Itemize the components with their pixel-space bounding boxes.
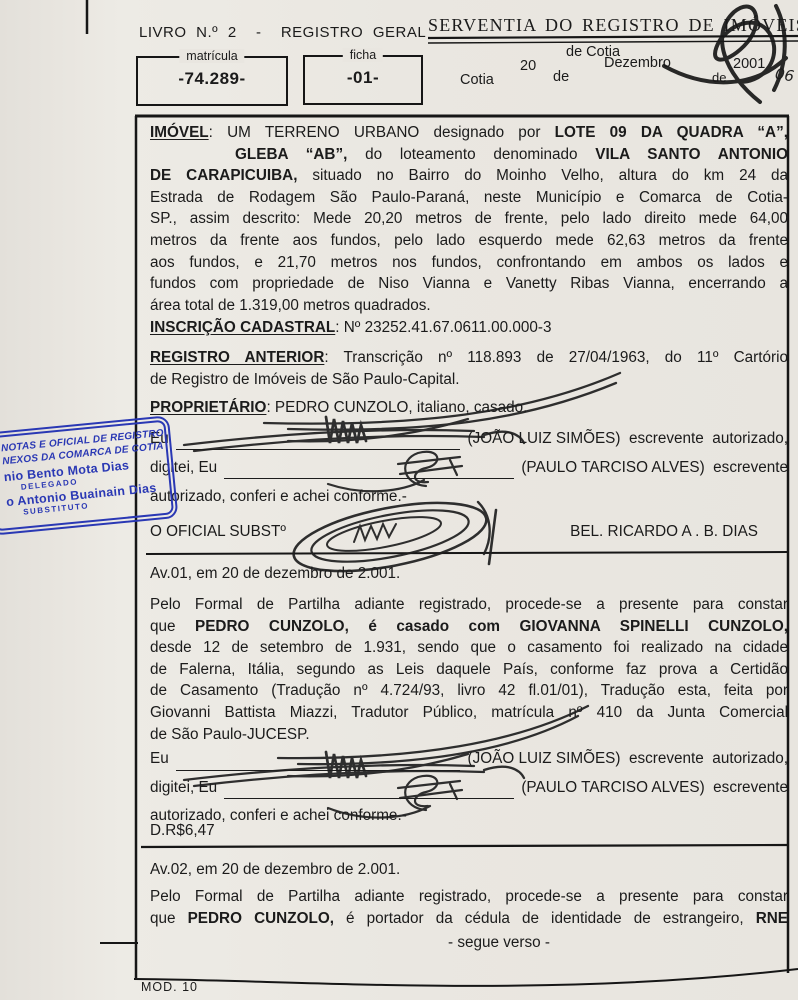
inscricao-cadastral-line: INSCRIÇÃO CADASTRAL: Nº 23252.41.67.0611…	[150, 317, 788, 339]
mod-label: MOD. 10	[141, 980, 198, 994]
clerk-declaration-2: Eu (JOÃO LUIZ SIMÕES) escrevente autoriz…	[150, 745, 788, 831]
segue-verso-label: - segue verso -	[150, 932, 798, 954]
date-month-value: Dezembro	[604, 55, 671, 71]
oficial-substituto-line: O OFICIAL SUBSTºBEL. RICARDO A . B. DIAS	[150, 521, 788, 543]
serventia-underline-2	[428, 41, 798, 43]
matricula-value: -74.289-	[138, 69, 286, 89]
matricula-label: matrícula	[179, 49, 244, 63]
serventia-underline	[428, 36, 798, 38]
date-de-label: de	[553, 69, 569, 85]
ficha-value: -01-	[305, 68, 421, 88]
ficha-box: ficha -01-	[303, 55, 423, 105]
scanned-registry-page: { "colors": { "paper": "#eae7e1", "ink":…	[0, 0, 798, 1000]
notary-stamp-inner-border: NOTAS E OFICIAL DE REGISTRO NEXOS DA COM…	[0, 420, 174, 532]
date-day-value: 20	[520, 58, 536, 74]
registro-anterior-paragraph: REGISTRO ANTERIOR: Transcrição nº 118.89…	[150, 347, 788, 390]
proprietario-line: PROPRIETÁRIO: PEDRO CUNZOLO, italiano, c…	[150, 397, 788, 419]
ficha-label: ficha	[343, 48, 383, 62]
serventia-title: SERVENTIA DO REGISTRO DE IMÓVEIS	[428, 15, 794, 36]
imovel-paragraph: IMÓVEL: UM TERRENO URBANO designado por …	[150, 122, 788, 316]
av02-title: Av.02, em 20 de dezembro de 2.001.	[150, 859, 788, 881]
date-city-label: Cotia	[460, 72, 494, 88]
av02-paragraph: Pelo Formal de Partilha adiante registra…	[150, 886, 788, 929]
av01-title: Av.01, em 20 de dezembro de 2.001.	[150, 563, 788, 585]
bottom-edge-line	[134, 969, 798, 986]
av01-paragraph: Pelo Formal de Partilha adiante registra…	[150, 594, 788, 745]
livro-title: LIVRO N.º 2 - REGISTRO GERAL	[139, 24, 426, 41]
handwritten-number: 06	[774, 65, 796, 86]
fee-value: D.R$6,47	[150, 820, 788, 842]
notary-stamp: NOTAS E OFICIAL DE REGISTRO NEXOS DA COM…	[0, 415, 179, 536]
date-de2-label: de	[712, 70, 726, 85]
matricula-box: matrícula -74.289-	[136, 56, 288, 106]
clerk-declaration-1: Eu (JOÃO LUIZ SIMÕES) escrevente autoriz…	[150, 424, 788, 511]
date-year-value: 2001	[733, 56, 765, 72]
